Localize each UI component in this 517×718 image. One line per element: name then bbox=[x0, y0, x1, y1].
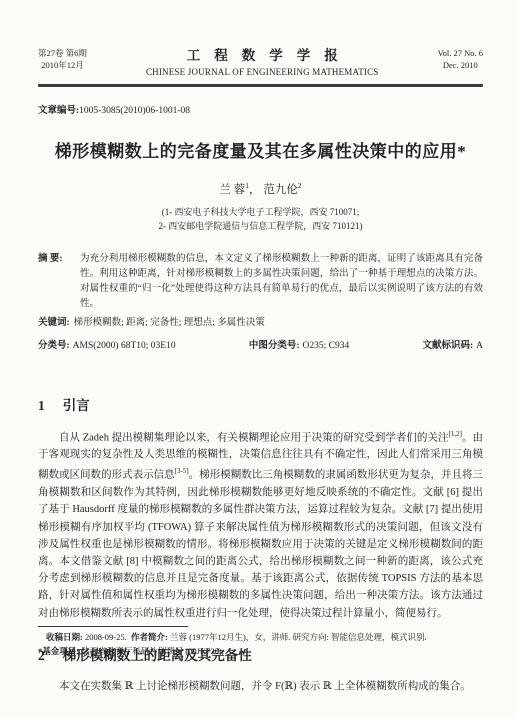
header-vol-block: Vol. 27 No. 6 Dec. 2010 bbox=[438, 44, 483, 71]
fund-value: 陕西省教育厅科研计划项目 (09JK720). bbox=[81, 646, 224, 656]
author-1: 兰 蓉 bbox=[219, 184, 245, 196]
citation-sup-2: [3-5] bbox=[175, 467, 189, 475]
citation-sup-1: [1,2] bbox=[449, 430, 462, 438]
affiliations: (1- 西安电子科技大学电子工程学院，西安 710071; 2- 西安邮电学院通… bbox=[38, 205, 483, 233]
section-1-heading: 1引言 bbox=[38, 394, 483, 414]
author-2: 范九伦 bbox=[263, 184, 298, 196]
journal-title-en: CHINESE JOURNAL OF ENGINEERING MATHEMATI… bbox=[87, 67, 438, 77]
doc-code-value: A bbox=[476, 341, 483, 351]
authors-line: 兰 蓉1， 范九伦2 bbox=[38, 181, 483, 197]
article-number-value: 1005-3085(2010)06-1001-08 bbox=[79, 106, 190, 116]
article-number-label: 文章编号: bbox=[38, 106, 79, 116]
paper-page: 第27卷 第6期 2010年12月 工程数学学报 CHINESE JOURNAL… bbox=[0, 0, 517, 718]
section-1-number: 1 bbox=[38, 398, 45, 413]
vol-date: Dec. 2010 bbox=[438, 59, 483, 71]
footnote-line-2: *基金项目: 陕西省教育厅科研计划项目 (09JK720). bbox=[38, 645, 483, 659]
journal-title-cn: 工程数学学报 bbox=[87, 44, 438, 64]
ams-class-label: 分类号: bbox=[38, 341, 70, 351]
intro-text-part-1: 自从 Zadeh 提出模糊集理论以来，有关模糊理论应用于决策的研究受到学者们的关… bbox=[59, 432, 449, 443]
received-date-label: 收稿日期: bbox=[46, 632, 83, 642]
doc-code: 文献标识码:A bbox=[422, 337, 483, 351]
article-number: 文章编号:1005-3085(2010)06-1001-08 bbox=[38, 102, 483, 116]
footnote-line-1: 收稿日期: 2008-09-25. 作者简介: 兰蓉 (1977年12月生)，女… bbox=[38, 631, 483, 645]
footnote-block: 收稿日期: 2008-09-25. 作者简介: 兰蓉 (1977年12月生)，女… bbox=[38, 626, 483, 658]
affiliation-line-1: (1- 西安电子科技大学电子工程学院，西安 710071; bbox=[38, 205, 483, 219]
issue-date: 2010年12月 bbox=[38, 59, 87, 71]
header-issue-block: 第27卷 第6期 2010年12月 bbox=[38, 44, 87, 71]
abstract-label: 摘 要: bbox=[38, 252, 80, 312]
abstract-block: 摘 要: 为充分利用梯形模糊数的信息，本文定义了梯形模糊数上一种新的距离，证明了… bbox=[38, 252, 483, 312]
clc-class-label: 中图分类号: bbox=[249, 341, 300, 351]
journal-header: 第27卷 第6期 2010年12月 工程数学学报 CHINESE JOURNAL… bbox=[38, 44, 483, 77]
keywords-label: 关键词: bbox=[38, 318, 70, 328]
author-2-sup: 2 bbox=[298, 181, 302, 190]
issue-volume: 第27卷 第6期 bbox=[38, 47, 87, 59]
footnote-divider bbox=[38, 626, 188, 627]
doc-code-label: 文献标识码: bbox=[422, 341, 473, 351]
affiliation-line-2: 2- 西安邮电学院通信与信息工程学院，西安 710121) bbox=[38, 219, 483, 233]
keywords-text: 梯形模糊数; 距离; 完备性; 理想点; 多属性决策 bbox=[74, 318, 265, 328]
classification-line: 分类号:AMS(2000) 68T10; 03E10 中图分类号:O235; C… bbox=[38, 337, 483, 351]
section-1-paragraph: 自从 Zadeh 提出模糊集理论以来，有关模糊理论应用于决策的研究受到学者们的关… bbox=[38, 426, 483, 622]
abstract-text: 为充分利用梯形模糊数的信息，本文定义了梯形模糊数上一种新的距离，证明了该距离具有… bbox=[80, 252, 483, 312]
author-bio-value: 兰蓉 (1977年12月生)，女，讲师. 研究方向: 智能信息处理，模式识别. bbox=[170, 632, 427, 642]
section-2-paragraph: 本文在实数集 ℝ 上讨论梯形模糊数问题，并令 F(ℝ) 表示 ℝ 上全体模糊数所… bbox=[38, 678, 483, 695]
clc-class: 中图分类号:O235; C934 bbox=[249, 337, 349, 351]
received-date-value: 2008-09-25. bbox=[85, 632, 127, 642]
author-bio-label: 作者简介: bbox=[131, 632, 168, 642]
journal-title-block: 工程数学学报 CHINESE JOURNAL OF ENGINEERING MA… bbox=[87, 44, 438, 77]
ams-class: 分类号:AMS(2000) 68T10; 03E10 bbox=[38, 337, 176, 351]
ams-class-value: AMS(2000) 68T10; 03E10 bbox=[73, 341, 176, 351]
authors-separator: ， bbox=[249, 184, 261, 196]
fund-label: *基金项目: bbox=[38, 646, 79, 656]
keywords-line: 关键词:梯形模糊数; 距离; 完备性; 理想点; 多属性决策 bbox=[38, 316, 483, 331]
header-rule bbox=[38, 84, 483, 87]
paper-title: 梯形模糊数上的完备度量及其在多属性决策中的应用* bbox=[38, 137, 483, 162]
section-1-title: 引言 bbox=[63, 398, 90, 413]
vol-number: Vol. 27 No. 6 bbox=[438, 47, 483, 59]
intro-text-part-3: 。梯形模糊数比三角模糊数的隶属函数形状更为复杂，并且将三角模糊数和区间数作为其特… bbox=[38, 470, 483, 619]
clc-class-value: O235; C934 bbox=[303, 341, 350, 351]
